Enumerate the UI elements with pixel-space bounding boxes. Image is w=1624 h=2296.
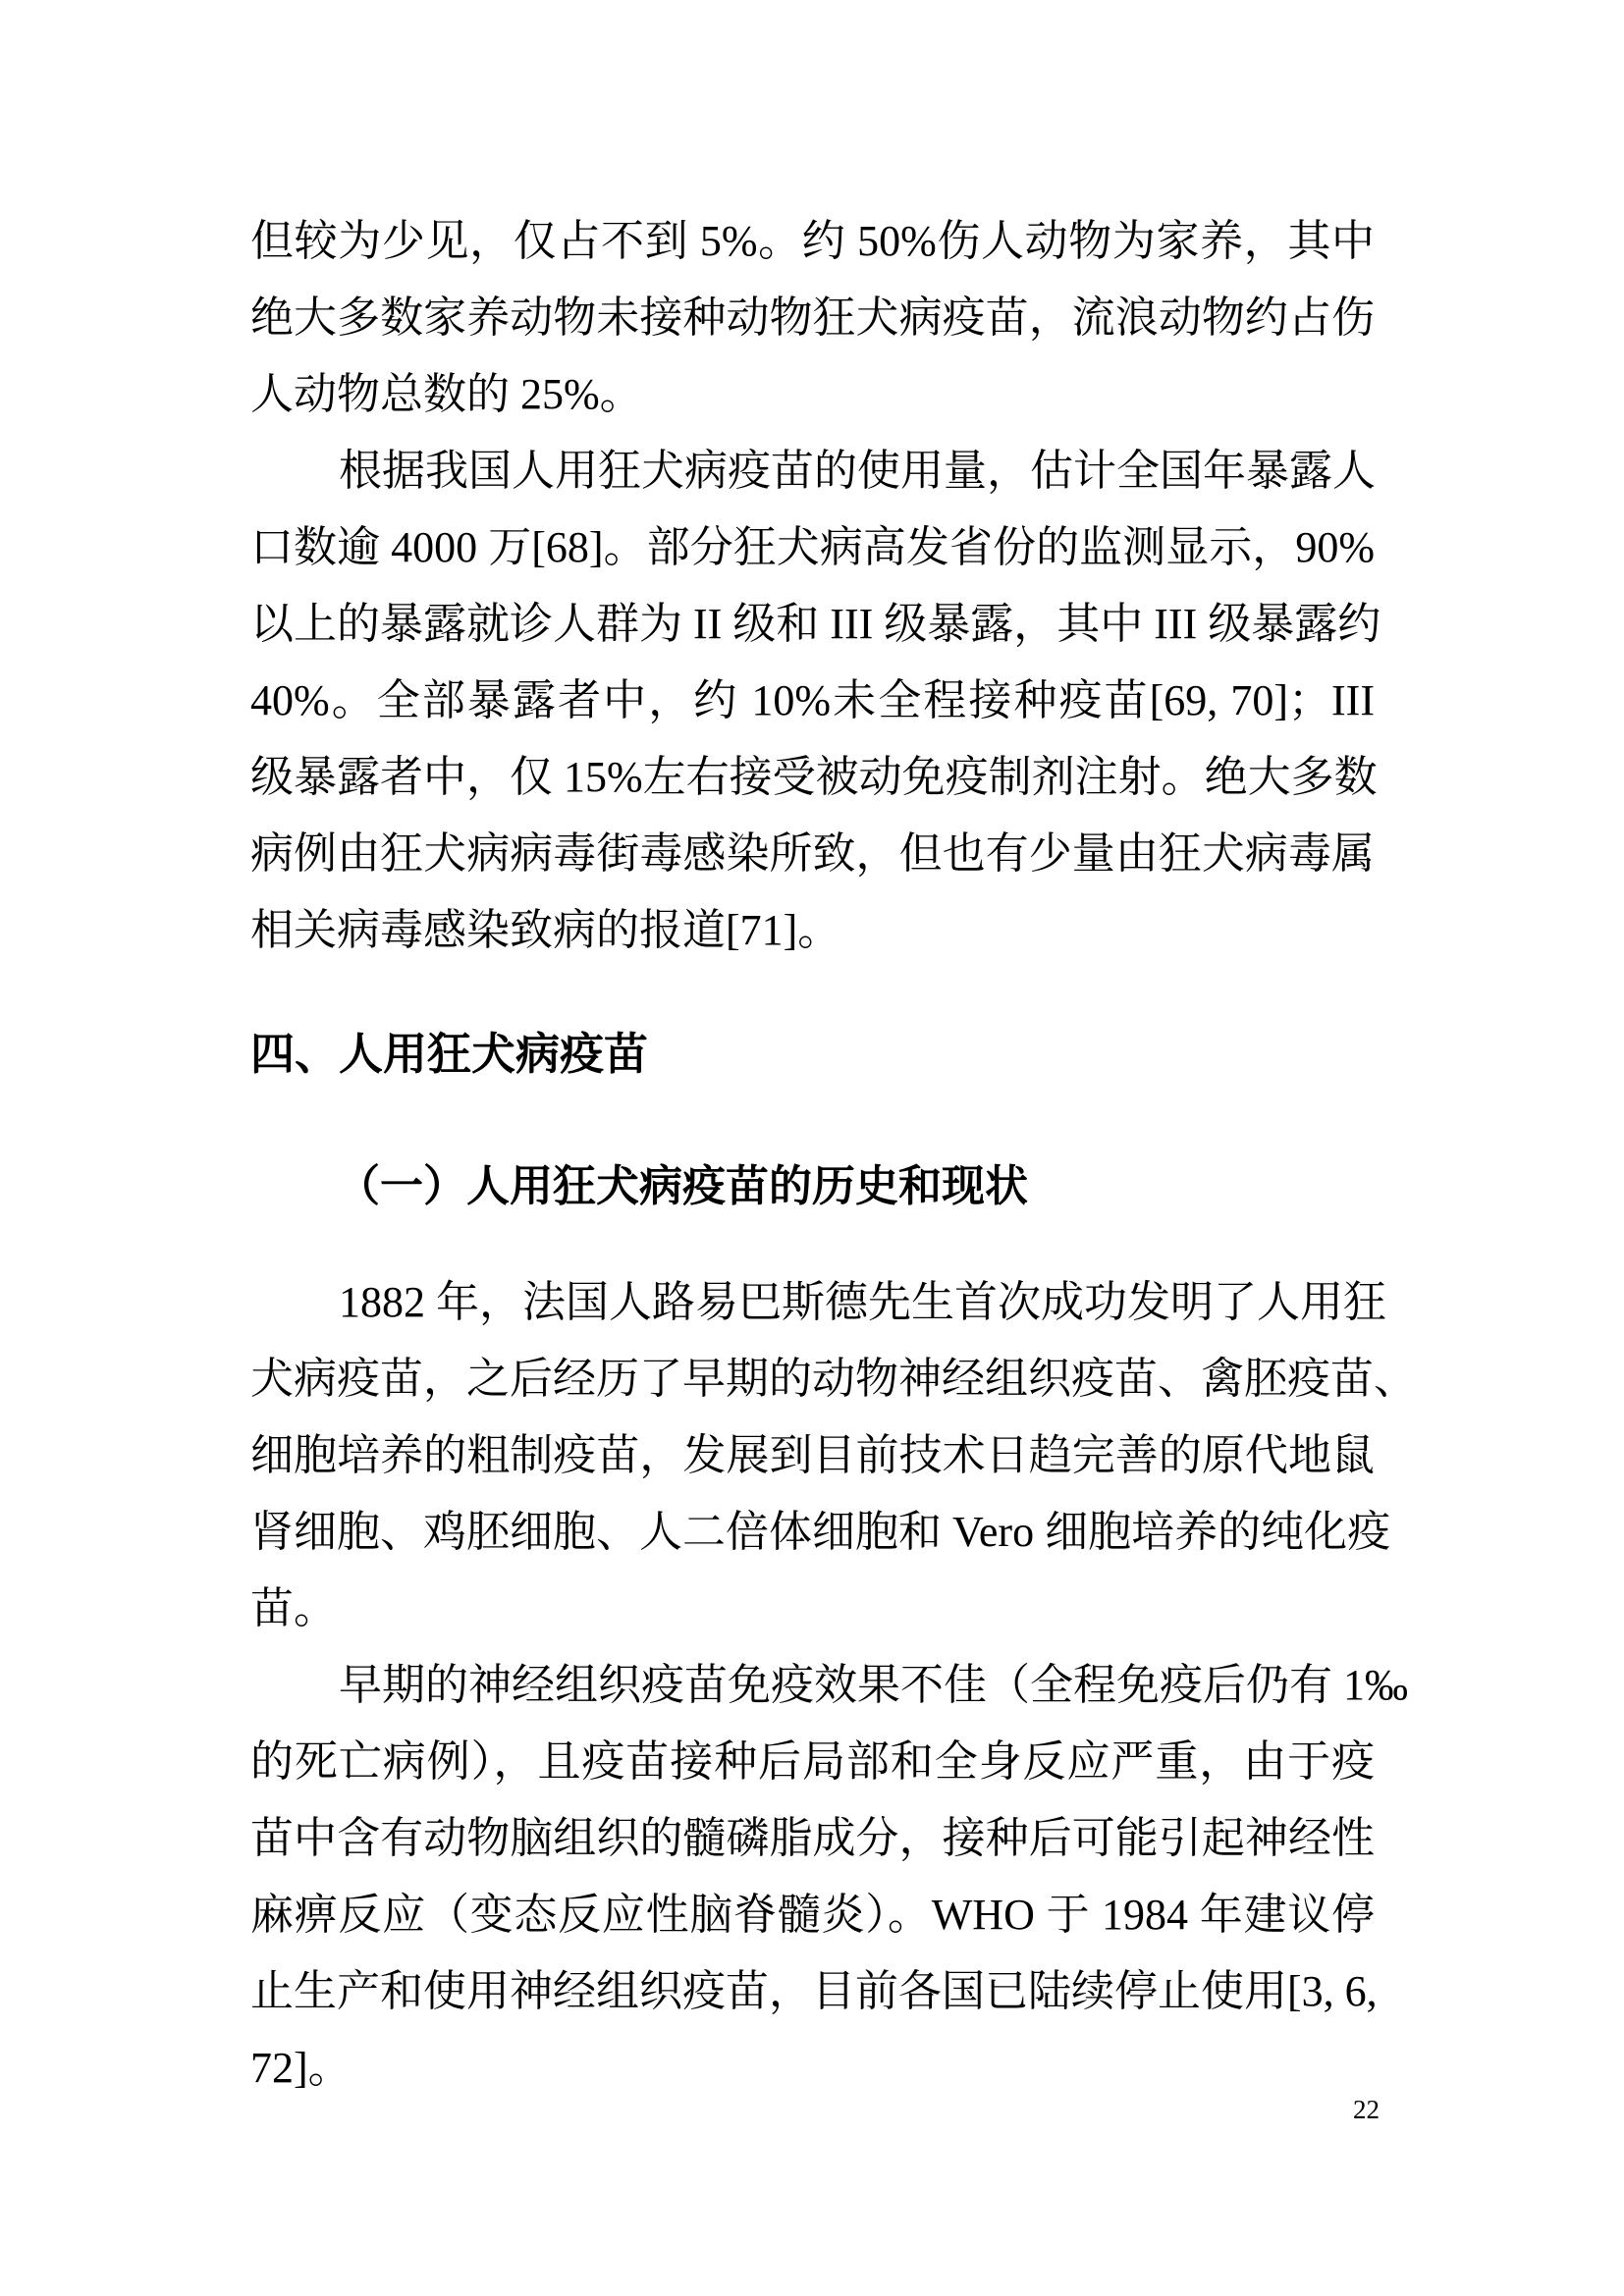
paragraph-line: 口数逾 4000 万[68]。部分狂犬病高发省份的监测显示，90%	[250, 509, 1375, 586]
paragraph-line: 40%。全部暴露者中，约 10%未全程接种疫苗[69, 70]；III	[250, 663, 1375, 739]
paragraph-line: 相关病毒感染致病的报道[71]。	[250, 892, 1375, 969]
page-number: 22	[1353, 2095, 1380, 2124]
paragraph-line: 的死亡病例），且疫苗接种后局部和全身反应严重，由于疫	[250, 1724, 1375, 1800]
paragraph-line: 早期的神经组织疫苗免疫效果不佳（全程免疫后仍有 1‰	[250, 1647, 1375, 1724]
paragraph-line: 病例由狂犬病病毒街毒感染所致，但也有少量由狂犬病毒属	[250, 816, 1375, 892]
paragraph-line: 但较为少见，仅占不到 5%。约 50%伤人动物为家养，其中	[250, 203, 1375, 280]
paragraph-line: 肾细胞、鸡胚细胞、人二倍体细胞和 Vero 细胞培养的纯化疫	[250, 1494, 1375, 1571]
paragraph-line: 以上的暴露就诊人群为 II 级和 III 级暴露，其中 III 级暴露约	[250, 586, 1375, 663]
paragraph-line: 止生产和使用神经组织疫苗，目前各国已陆续停止使用[3, 6,	[250, 1953, 1375, 2030]
document-page: 但较为少见，仅占不到 5%。约 50%伤人动物为家养，其中 绝大多数家养动物未接…	[0, 0, 1624, 2296]
paragraph-line: 1882 年，法国人路易巴斯德先生首次成功发明了人用狂	[250, 1264, 1375, 1341]
paragraph-line: 绝大多数家养动物未接种动物狂犬病疫苗，流浪动物约占伤	[250, 280, 1375, 356]
paragraph-line: 犬病疫苗，之后经历了早期的动物神经组织疫苗、禽胚疫苗、	[250, 1341, 1375, 1417]
paragraph-line: 麻痹反应（变态反应性脑脊髓炎）。WHO 于 1984 年建议停	[250, 1877, 1375, 1953]
subsection-heading: （一）人用狂犬病疫苗的历史和现状	[250, 1148, 1375, 1225]
paragraph-line: 级暴露者中，仅 15%左右接受被动免疫制剂注射。绝大多数	[250, 739, 1375, 816]
paragraph-line: 72]。	[250, 2030, 1375, 2107]
text-block: 但较为少见，仅占不到 5%。约 50%伤人动物为家养，其中 绝大多数家养动物未接…	[250, 203, 1375, 2107]
paragraph-line: 人动物总数的 25%。	[250, 356, 1375, 433]
paragraph-line: 苗中含有动物脑组织的髓磷脂成分，接种后可能引起神经性	[250, 1800, 1375, 1877]
paragraph-line: 根据我国人用狂犬病疫苗的使用量，估计全国年暴露人	[250, 433, 1375, 509]
paragraph-line: 苗。	[250, 1571, 1375, 1647]
paragraph-line: 细胞培养的粗制疫苗，发展到目前技术日趋完善的原代地鼠	[250, 1417, 1375, 1494]
section-heading: 四、人用狂犬病疫苗	[250, 1016, 1375, 1093]
